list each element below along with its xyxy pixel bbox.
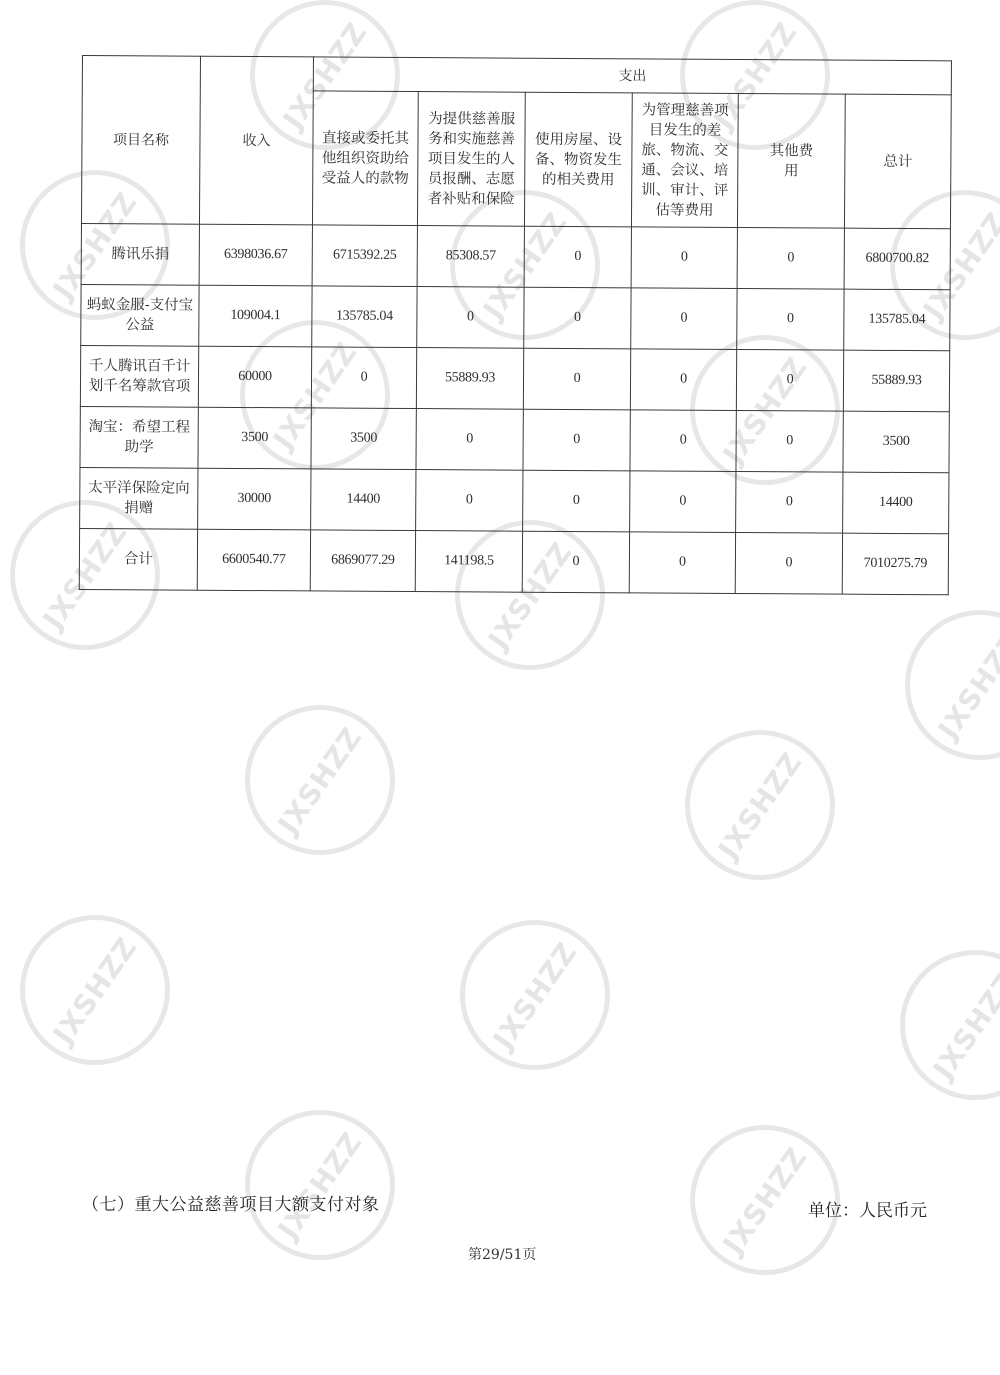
watermark-stamp: JXSHZZ [905,610,1000,760]
header-total: 总计 [844,94,951,229]
cell-personnel-costs: 85308.57 [417,226,524,288]
project-finance-table: 项目名称 收入 支出 直接或委托其他组织资助给受益人的款物 为提供慈善服务和实施… [79,55,952,595]
table-row: 腾讯乐捐 6398036.67 6715392.25 85308.57 0 0 … [81,223,950,289]
document-page: JXSHZZ JXSHZZ JXSHZZ JXSHZZ JXSHZZ JXSHZ… [0,0,1000,1375]
cell-income: 6398036.67 [199,224,312,286]
watermark-stamp: JXSHZZ [685,730,835,880]
cell-project-name: 蚂蚁金服-支付宝公益 [81,284,199,346]
cell-management-costs: 0 [630,471,736,533]
cell-personnel-costs: 0 [416,470,523,532]
watermark-stamp: JXSHZZ [245,705,395,855]
cell-other-costs: 0 [736,472,843,534]
cell-personnel-costs: 0 [417,287,524,349]
table-row: 千人腾讯百千计划千名筹款官项 60000 0 55889.93 0 0 0 55… [80,345,949,411]
cell-direct-funding: 6715392.25 [312,225,417,287]
cell-facility-costs: 0 [524,287,631,349]
cell-management-costs: 0 [631,288,737,350]
table-row: 淘宝：希望工程助学 3500 3500 0 0 0 0 3500 [80,406,949,472]
header-facility-costs: 使用房屋、设备、物资发生的相关费用 [524,92,632,227]
cell-personnel-costs: 0 [416,409,523,471]
cell-other-costs: 0 [736,350,843,412]
table-body: 腾讯乐捐 6398036.67 6715392.25 85308.57 0 0 … [79,223,950,594]
header-project-name: 项目名称 [81,56,200,225]
cell-project-name: 合计 [79,528,197,590]
cell-facility-costs: 0 [524,226,631,288]
watermark-stamp: JXSHZZ [20,915,170,1065]
cell-facility-costs: 0 [523,409,630,471]
section-title: （七）重大公益慈善项目大额支付对象 [82,1190,380,1215]
currency-unit-label: 单位：人民币元 [808,1196,927,1221]
cell-direct-funding: 135785.04 [312,286,417,348]
cell-other-costs: 0 [737,289,844,351]
header-expenditure-group: 支出 [313,57,951,95]
cell-other-costs: 0 [735,533,842,595]
cell-direct-funding: 0 [311,347,416,409]
cell-income: 109004.1 [199,285,312,347]
header-other-costs: 其他费用 [737,94,845,229]
cell-income: 6600540.77 [197,529,310,591]
cell-total: 135785.04 [844,289,950,351]
table-total-row: 合计 6600540.77 6869077.29 141198.5 0 0 0 … [79,528,948,594]
project-finance-table-wrapper: 项目名称 收入 支出 直接或委托其他组织资助给受益人的款物 为提供慈善服务和实施… [79,55,951,595]
header-management-costs: 为管理慈善项目发生的差旅、物流、交通、会议、培训、审计、评估等费用 [631,93,738,228]
cell-personnel-costs: 141198.5 [415,531,522,593]
cell-total: 6800700.82 [844,228,950,290]
cell-project-name: 腾讯乐捐 [81,223,199,285]
table-header-row: 项目名称 收入 支出 [82,56,951,95]
cell-direct-funding: 3500 [311,408,416,470]
cell-total: 3500 [843,411,949,473]
cell-other-costs: 0 [737,228,844,290]
cell-income: 60000 [198,346,311,408]
cell-project-name: 淘宝：希望工程助学 [80,406,198,468]
table-row: 太平洋保险定向捐赠 30000 14400 0 0 0 0 14400 [80,467,949,533]
cell-total: 7010275.79 [842,533,948,595]
cell-total: 14400 [843,472,949,534]
cell-project-name: 千人腾讯百千计划千名筹款官项 [80,345,198,407]
header-personnel-costs: 为提供慈善服务和实施慈善项目发生的人员报酬、志愿者补贴和保险 [417,92,525,227]
cell-facility-costs: 0 [522,531,629,593]
watermark-stamp: JXSHZZ [900,950,1000,1100]
cell-direct-funding: 6869077.29 [310,530,415,592]
page-number: 第29/51页 [468,1244,536,1264]
cell-management-costs: 0 [629,532,735,594]
watermark-stamp: JXSHZZ [245,1110,395,1260]
header-direct-funding: 直接或委托其他组织资助给受益人的款物 [312,91,418,226]
cell-total: 55889.93 [843,350,949,412]
cell-management-costs: 0 [630,410,736,472]
cell-other-costs: 0 [736,411,843,473]
cell-facility-costs: 0 [523,348,630,410]
cell-income: 3500 [198,407,311,469]
watermark-stamp: JXSHZZ [460,920,610,1070]
cell-income: 30000 [198,468,311,530]
table-row: 蚂蚁金服-支付宝公益 109004.1 135785.04 0 0 0 0 13… [81,284,950,350]
cell-personnel-costs: 55889.93 [416,348,523,410]
cell-management-costs: 0 [631,227,737,289]
cell-direct-funding: 14400 [311,469,416,531]
cell-facility-costs: 0 [523,470,630,532]
cell-project-name: 太平洋保险定向捐赠 [80,467,198,529]
cell-management-costs: 0 [630,349,736,411]
header-income: 收入 [199,56,313,225]
